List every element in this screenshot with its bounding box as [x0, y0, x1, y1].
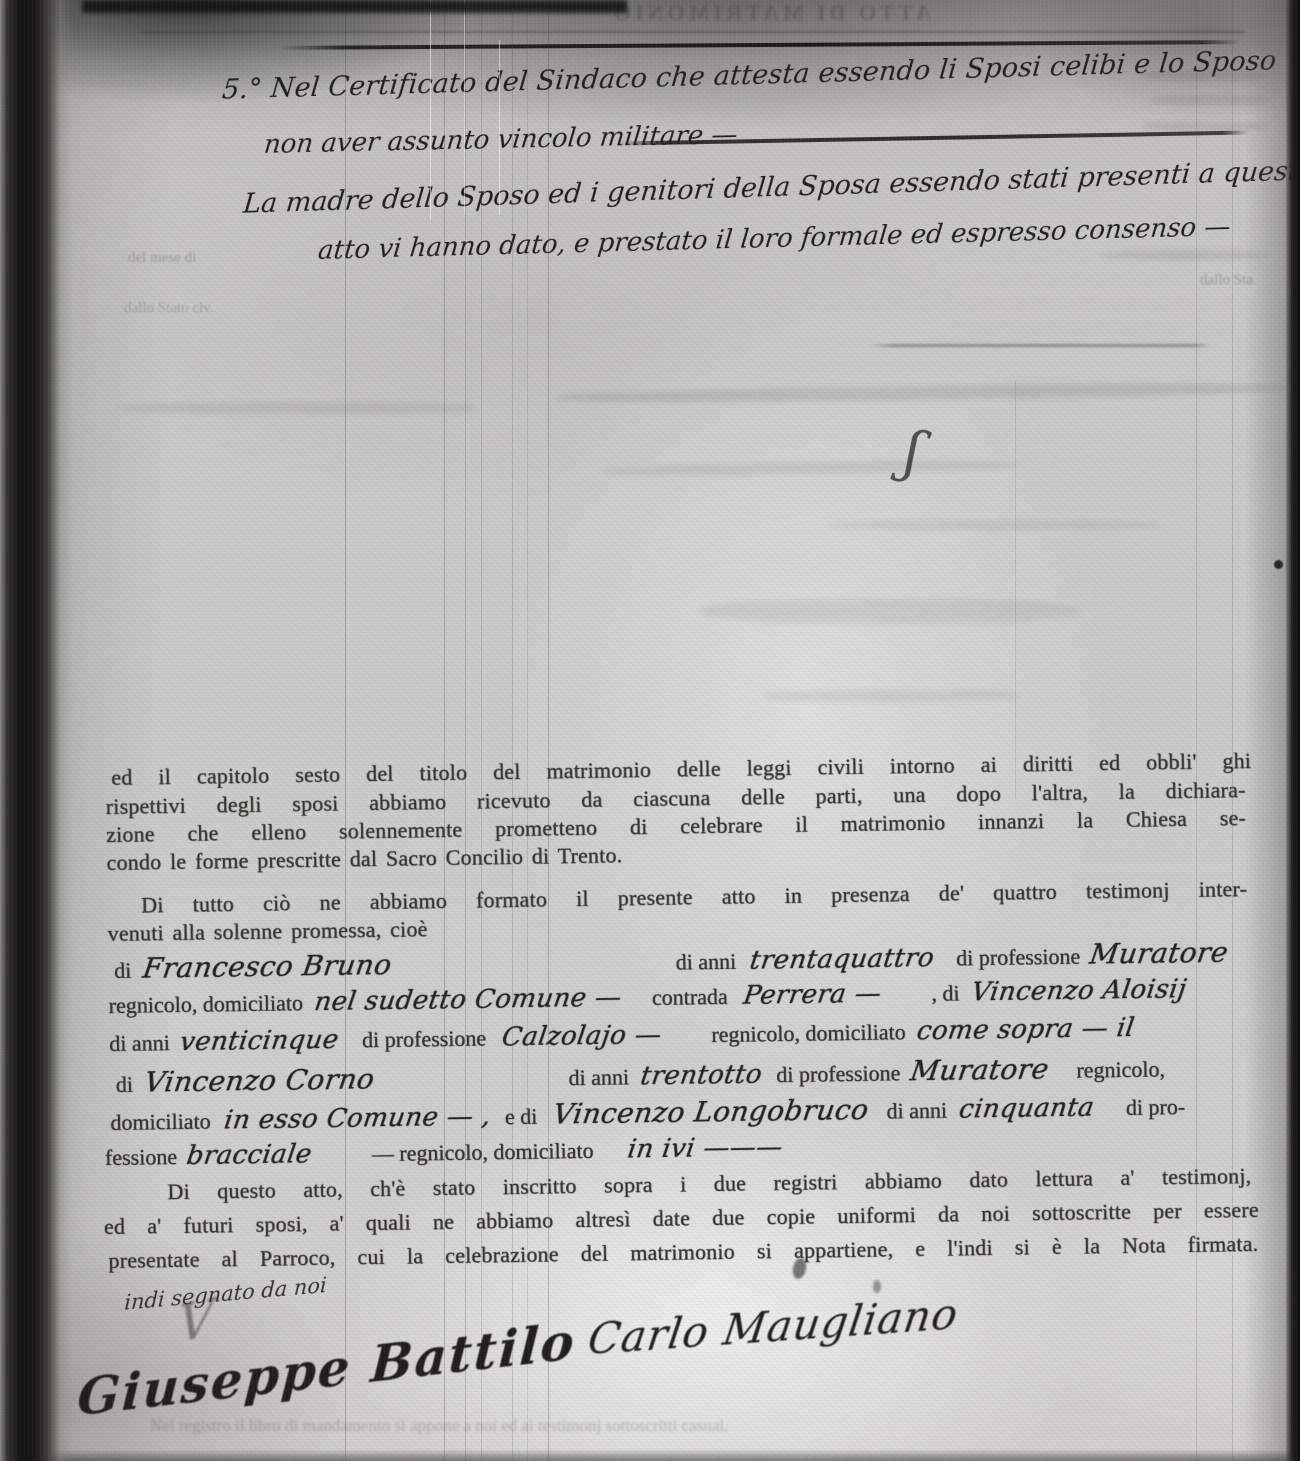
handwritten-domicile: in esso Comune — ,	[222, 1101, 493, 1135]
fold-line	[465, 0, 466, 1461]
printed-segment: di professione	[362, 1025, 486, 1053]
scanned-marriage-record-page: ATTO DI MATRIMONIO 5.° Nel Certificato d…	[0, 0, 1300, 1461]
handwritten-name: Vincenzo Longobruco	[551, 1093, 871, 1131]
ink-bleed-smudge	[700, 598, 1080, 624]
printed-segment: di	[116, 1072, 134, 1098]
printed-segment: , di	[931, 980, 960, 1006]
ink-squiggle: ʃ	[900, 419, 925, 486]
printed-segment: — regnicolo, domiciliato	[372, 1138, 594, 1167]
handwritten-line-2: non aver assunto vincolo militare —	[263, 120, 740, 160]
signature-official-carlo-maugliano: Carlo Maugliano	[585, 1289, 962, 1364]
fold-line	[527, 0, 528, 1461]
printed-segment: di pro-	[1126, 1094, 1186, 1121]
scratch-line	[430, 0, 431, 220]
printed-segment: domiciliato	[110, 1108, 211, 1135]
printed-segment: di anni	[568, 1064, 629, 1091]
scratch-line	[464, 0, 465, 215]
faint-header-rule	[140, 31, 1245, 33]
fold-line	[481, 0, 482, 1461]
printed-segment: di professione	[776, 1060, 900, 1088]
scan-edge-shadow-top	[82, 0, 627, 13]
pen-rule-top	[278, 40, 1240, 50]
printed-segment: regnicolo,	[1076, 1056, 1165, 1083]
printed-segment: contrada	[652, 984, 728, 1011]
ghost-header-atto-di-matrimonio: ATTO DI MATRIMONIO	[610, 0, 931, 26]
handwritten-name: Vincenzo Corno	[143, 1062, 377, 1098]
ghost-bottom-line: Nel registro il libro di mandamento si a…	[150, 1416, 1260, 1436]
handwritten-trade: Muratore	[1088, 935, 1231, 970]
printed-segment: e di	[505, 1104, 538, 1130]
ink-bleed-smudge	[830, 520, 1160, 530]
printed-segment: di anni	[886, 1098, 947, 1125]
fold-line	[1232, 0, 1233, 1461]
handwritten-domicile: come sopra — il	[915, 1013, 1137, 1046]
printed-segment: di professione	[956, 944, 1080, 972]
ghost-fragment-left-2: dallo Stato civ.	[124, 300, 213, 317]
fold-line	[512, 0, 513, 1461]
fold-line	[1015, 380, 1016, 800]
ink-bleed-smudge	[118, 402, 478, 414]
handwritten-domicile: in ivi ———	[625, 1132, 784, 1164]
fold-line	[444, 0, 445, 1461]
printed-segment: fessione	[105, 1144, 177, 1171]
ghost-fragment-left-1: del mese di	[128, 250, 196, 267]
printed-segment: regnicolo, domiciliato	[108, 990, 303, 1019]
page-bottom-edge	[0, 1449, 1300, 1461]
printed-segment: regnicolo, domiciliato	[711, 1019, 906, 1048]
handwritten-trade: Calzolajo —	[500, 1020, 664, 1052]
handwritten-age: trentotto	[639, 1059, 765, 1091]
handwritten-line-3: La madre dello Sposo ed i genitori della…	[242, 155, 1300, 220]
printed-segment: di anni	[675, 949, 736, 976]
handwritten-line-1: 5.° Nel Certificato del Sindaco che atte…	[221, 45, 1278, 106]
ink-bleed-smudge	[760, 690, 1020, 702]
handwritten-domicile: nel sudetto Comune —	[313, 982, 624, 1017]
handwritten-age: cinquanta	[957, 1092, 1096, 1124]
paraph-flourish: V	[177, 1287, 214, 1354]
handwritten-trade: Muratore	[908, 1052, 1051, 1087]
fold-line	[548, 0, 549, 1461]
signature-witness-giuseppe-battilo: Giuseppe Battilo	[76, 1311, 578, 1428]
handwritten-trade: bracciale	[185, 1139, 314, 1171]
fold-line	[345, 0, 346, 1461]
handwritten-name: Francesco Bruno	[141, 948, 394, 985]
handwritten-line-4: atto vi hanno dato, e prestato il loro f…	[317, 212, 1232, 266]
page-right-edge	[1286, 0, 1300, 1461]
book-gutter-shadow	[0, 0, 72, 1461]
handwritten-name: Vincenzo Aloisij	[969, 974, 1188, 1007]
witness-row-3: di anni venticinque di professione Calzo…	[109, 1013, 1135, 1058]
scratch-line	[499, 40, 500, 215]
page-right-shadow	[1244, 0, 1290, 1461]
ink-bleed-smudge	[555, 381, 1285, 405]
printed-segment: di anni	[109, 1030, 170, 1057]
pen-rule-faint	[870, 344, 1210, 347]
fold-line	[1196, 0, 1197, 1461]
ink-bleed-smudge	[600, 458, 1020, 477]
printed-act-block: ed il capitolo sesto del titolo del matr…	[105, 743, 1273, 1300]
handwritten-age: trentaquattro	[748, 943, 936, 976]
handwritten-age: venticinque	[178, 1025, 341, 1057]
handwritten-street: Perrera —	[741, 978, 883, 1010]
printed-segment: di	[114, 958, 132, 984]
